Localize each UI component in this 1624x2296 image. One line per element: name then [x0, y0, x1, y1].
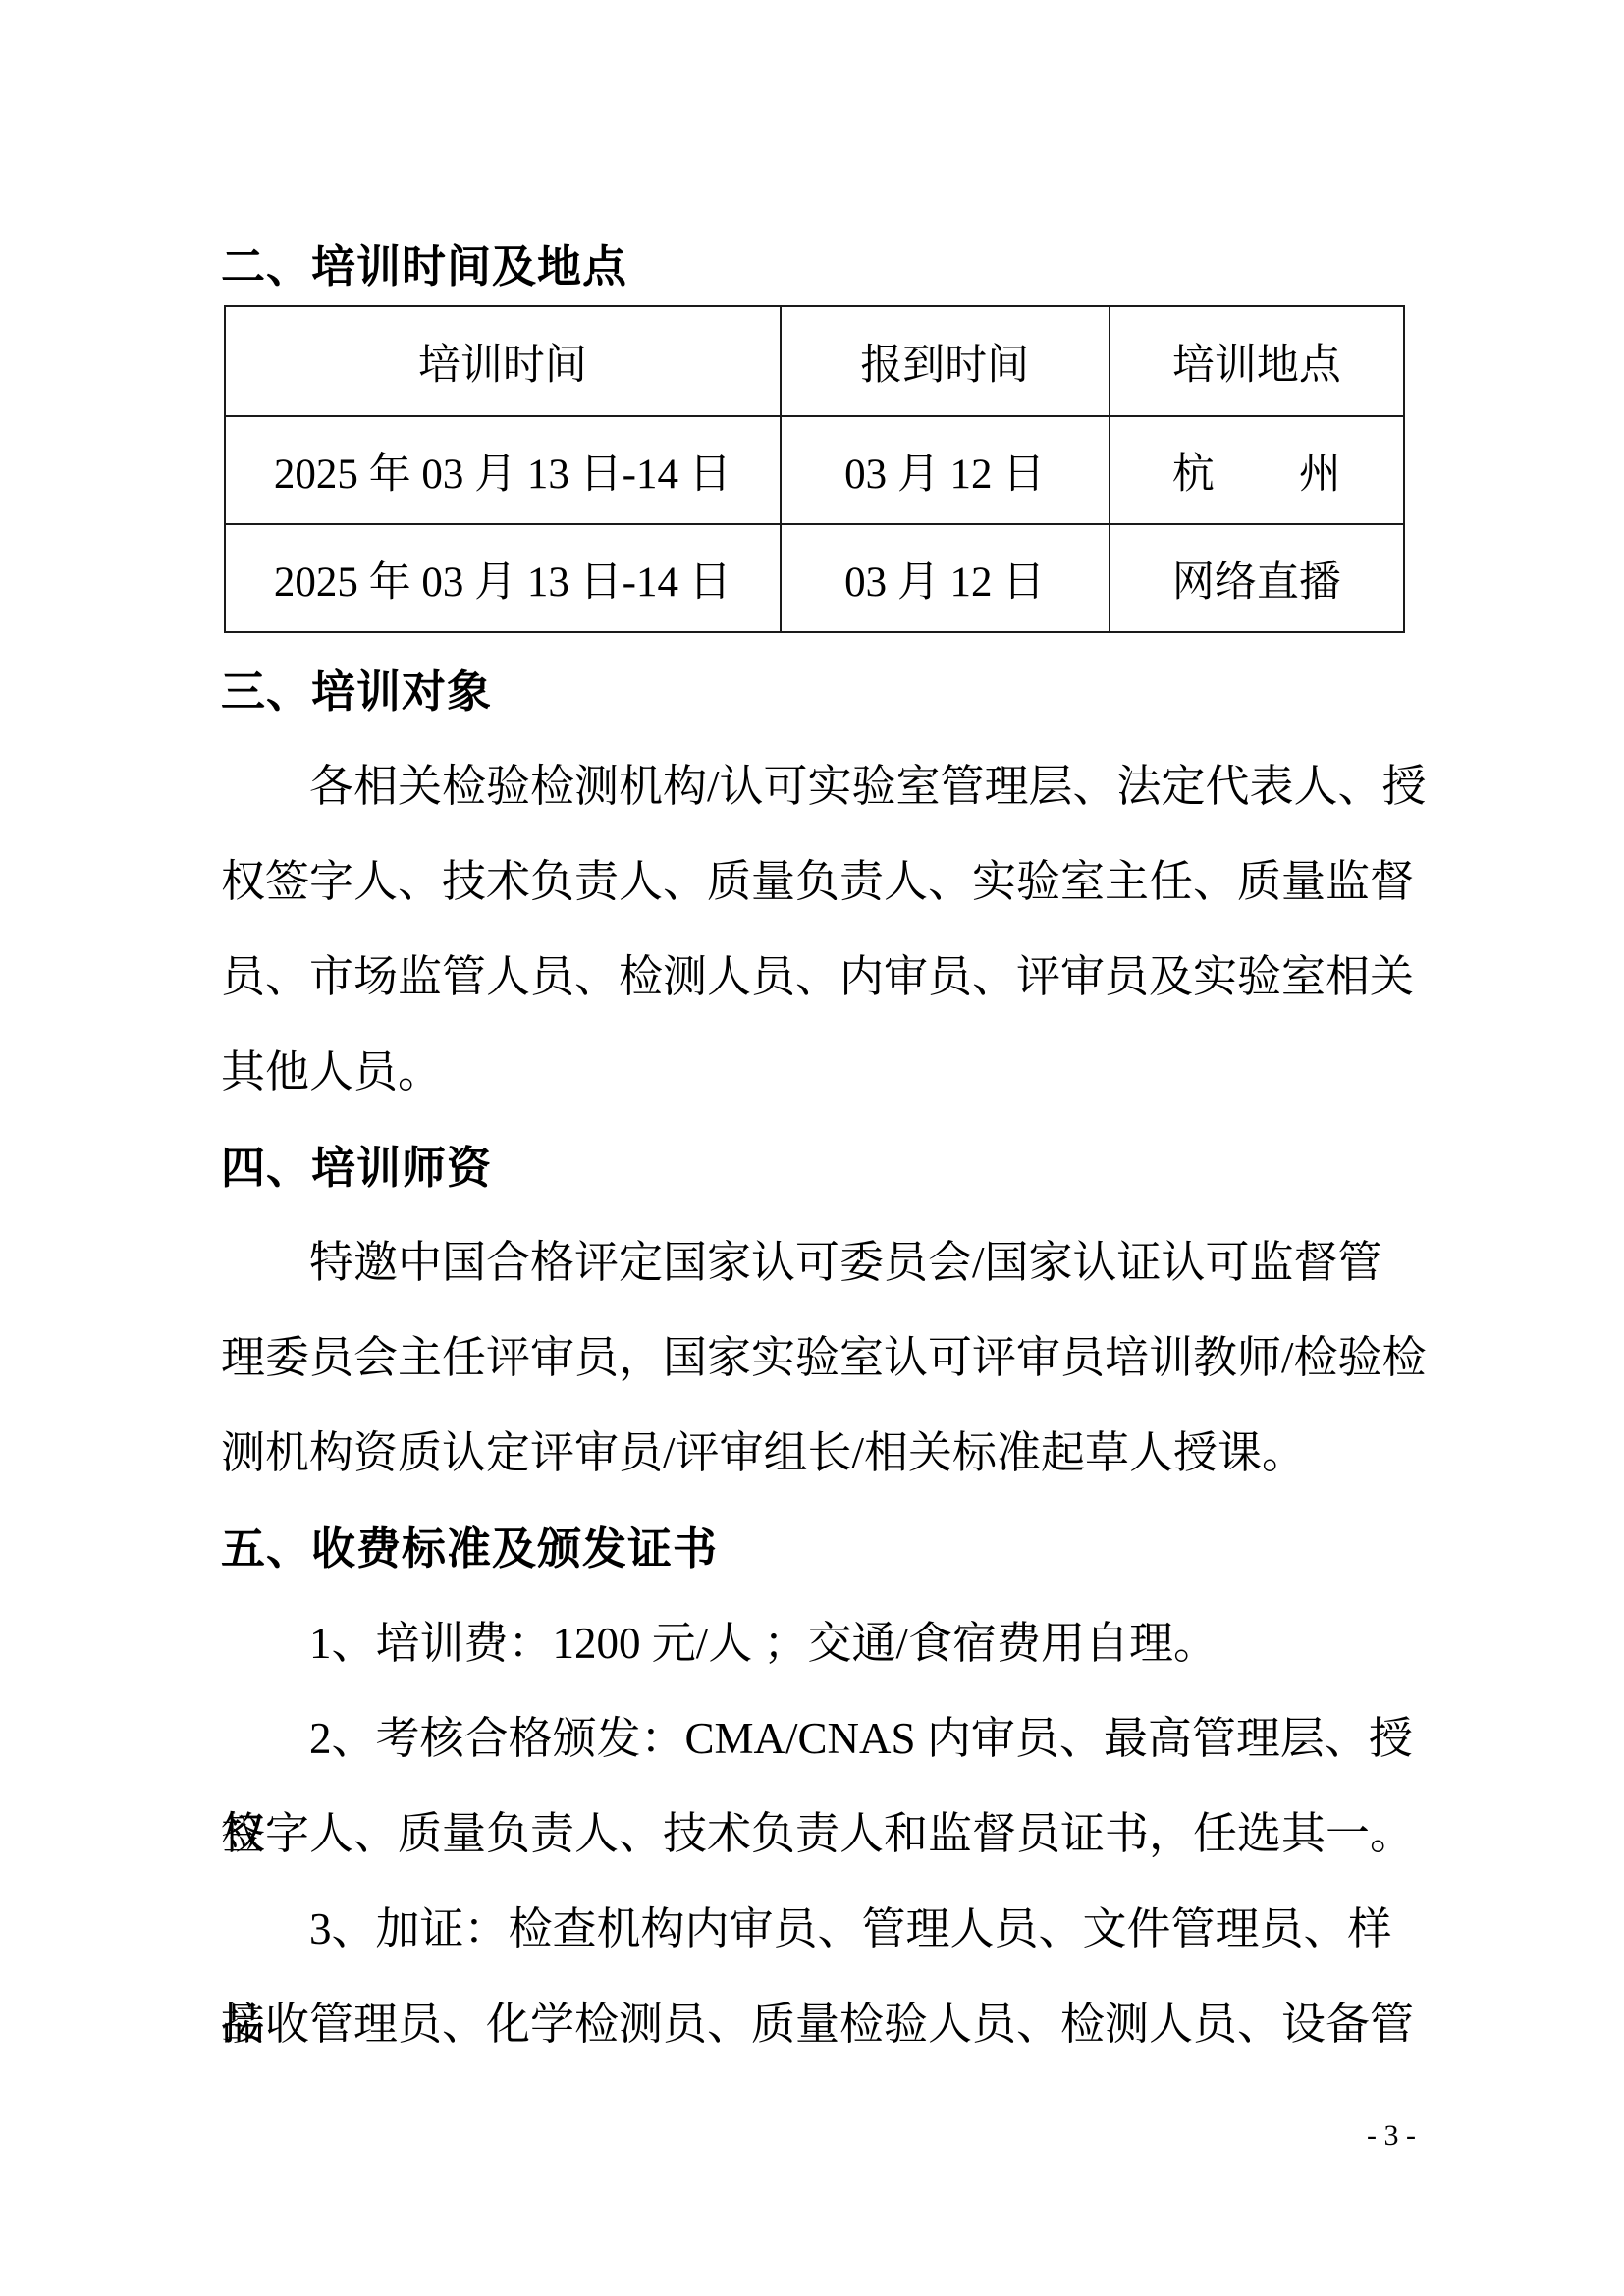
paragraph-line: 员、市场监管人员、检测人员、内审员、评审员及实验室相关: [221, 930, 1427, 1025]
paragraph-line: 特邀中国合格评定国家认可委员会/国家认证认可监督管: [221, 1215, 1427, 1310]
document-content: 二、培训时间及地点 培训时间 报到时间 培训地点 2025 年 03 月 13 …: [221, 0, 1427, 2072]
section-heading-training-time-location: 二、培训时间及地点: [221, 229, 1427, 305]
page-number: - 3 -: [1367, 2116, 1416, 2156]
table-cell-checkin-time: 03 月 12 日: [781, 524, 1110, 632]
fee-item-line: 1、培训费：1200 元/人 ；交通/食宿费用自理。: [221, 1596, 1427, 1691]
section-heading-fees-certificates: 五、收费标准及颁发证书: [221, 1501, 1427, 1596]
table-cell-location: 杭 州: [1110, 416, 1404, 524]
paragraph-line: 各相关检验检测机构/认可实验室管理层、法定代表人、授: [221, 739, 1427, 834]
table-row: 2025 年 03 月 13 日-14 日 03 月 12 日 杭 州: [225, 416, 1404, 524]
table-header-row: 培训时间 报到时间 培训地点: [225, 306, 1404, 416]
section-heading-training-faculty: 四、培训师资: [221, 1120, 1427, 1215]
table-cell-training-time: 2025 年 03 月 13 日-14 日: [225, 524, 781, 632]
paragraph-line: 理委员会主任评审员，国家实验室认可评审员培训教师/检验检: [221, 1310, 1427, 1406]
table-header-training-location: 培训地点: [1110, 306, 1404, 416]
paragraph-line: 其他人员。: [221, 1025, 1427, 1120]
extra-certificate-item-line: 接收管理员、化学检测员、质量检验人员、检测人员、设备管: [221, 1977, 1427, 2072]
table-row: 2025 年 03 月 13 日-14 日 03 月 12 日 网络直播: [225, 524, 1404, 632]
section-heading-training-audience: 三、培训对象: [221, 644, 1427, 739]
table-cell-checkin-time: 03 月 12 日: [781, 416, 1110, 524]
table-cell-location: 网络直播: [1110, 524, 1404, 632]
paragraph-line: 权签字人、技术负责人、质量负责人、实验室主任、质量监督: [221, 834, 1427, 930]
certificate-item-line: 签字人、质量负责人、技术负责人和监督员证书，任选其一。: [221, 1787, 1427, 1882]
extra-certificate-item-line: 3、加证：检查机构内审员、管理人员、文件管理员、样品: [221, 1882, 1427, 1977]
certificate-item-line: 2、考核合格颁发：CMA/CNAS 内审员、最高管理层、授权: [221, 1691, 1427, 1787]
table-header-training-time: 培训时间: [225, 306, 781, 416]
document-page: 二、培训时间及地点 培训时间 报到时间 培训地点 2025 年 03 月 13 …: [0, 0, 1624, 2296]
table-cell-training-time: 2025 年 03 月 13 日-14 日: [225, 416, 781, 524]
table-header-checkin-time: 报到时间: [781, 306, 1110, 416]
paragraph-line: 测机构资质认定评审员/评审组长/相关标准起草人授课。: [221, 1406, 1427, 1501]
training-schedule-table: 培训时间 报到时间 培训地点 2025 年 03 月 13 日-14 日 03 …: [224, 305, 1405, 633]
